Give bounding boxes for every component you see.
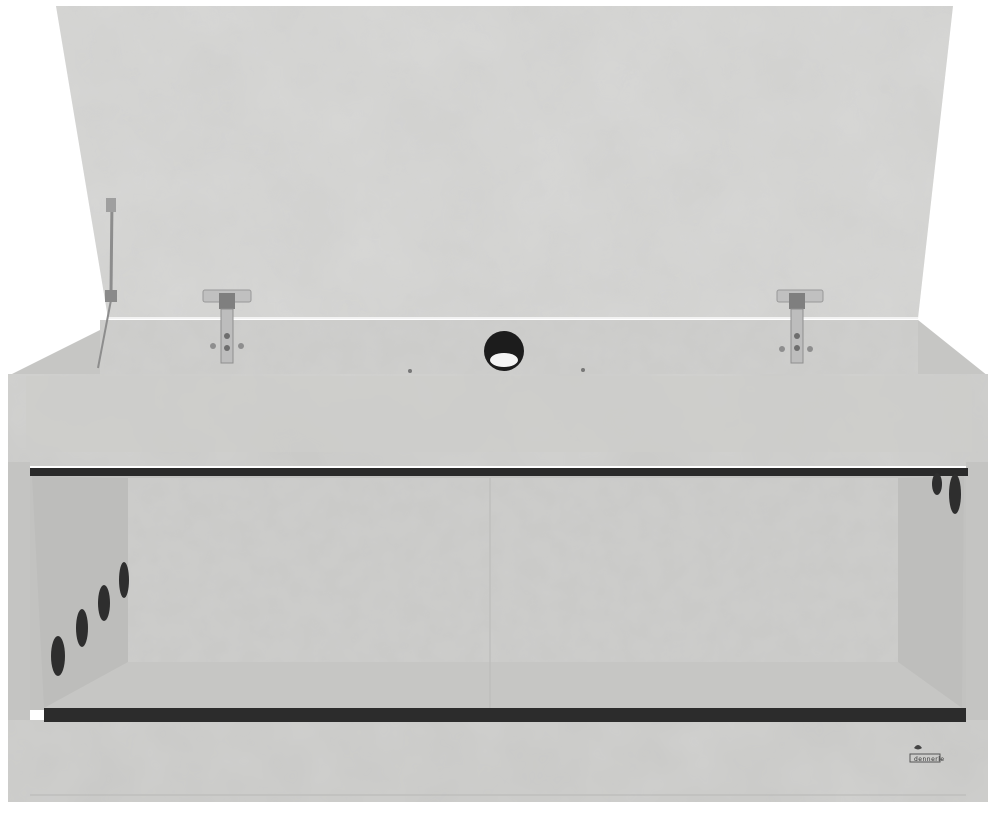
screw: [408, 369, 412, 373]
screw: [581, 368, 585, 372]
cable-hole: [484, 331, 524, 371]
bottom-rail: [44, 708, 966, 722]
upper-front-panel: [8, 374, 988, 466]
terrarium-illustration: [0, 0, 1000, 817]
vent-slot: [932, 473, 942, 495]
vent-slot: [76, 609, 88, 647]
terrarium-photo: dennerle: [0, 0, 1000, 817]
glass-front: [30, 474, 966, 710]
top-rail: [30, 468, 968, 476]
vent-slot: [949, 474, 961, 514]
vent-slot: [51, 636, 65, 676]
lid: [56, 6, 953, 318]
vent-slot: [98, 585, 110, 621]
brand-logo-text: dennerle: [914, 756, 945, 763]
vent-slot: [119, 562, 129, 598]
